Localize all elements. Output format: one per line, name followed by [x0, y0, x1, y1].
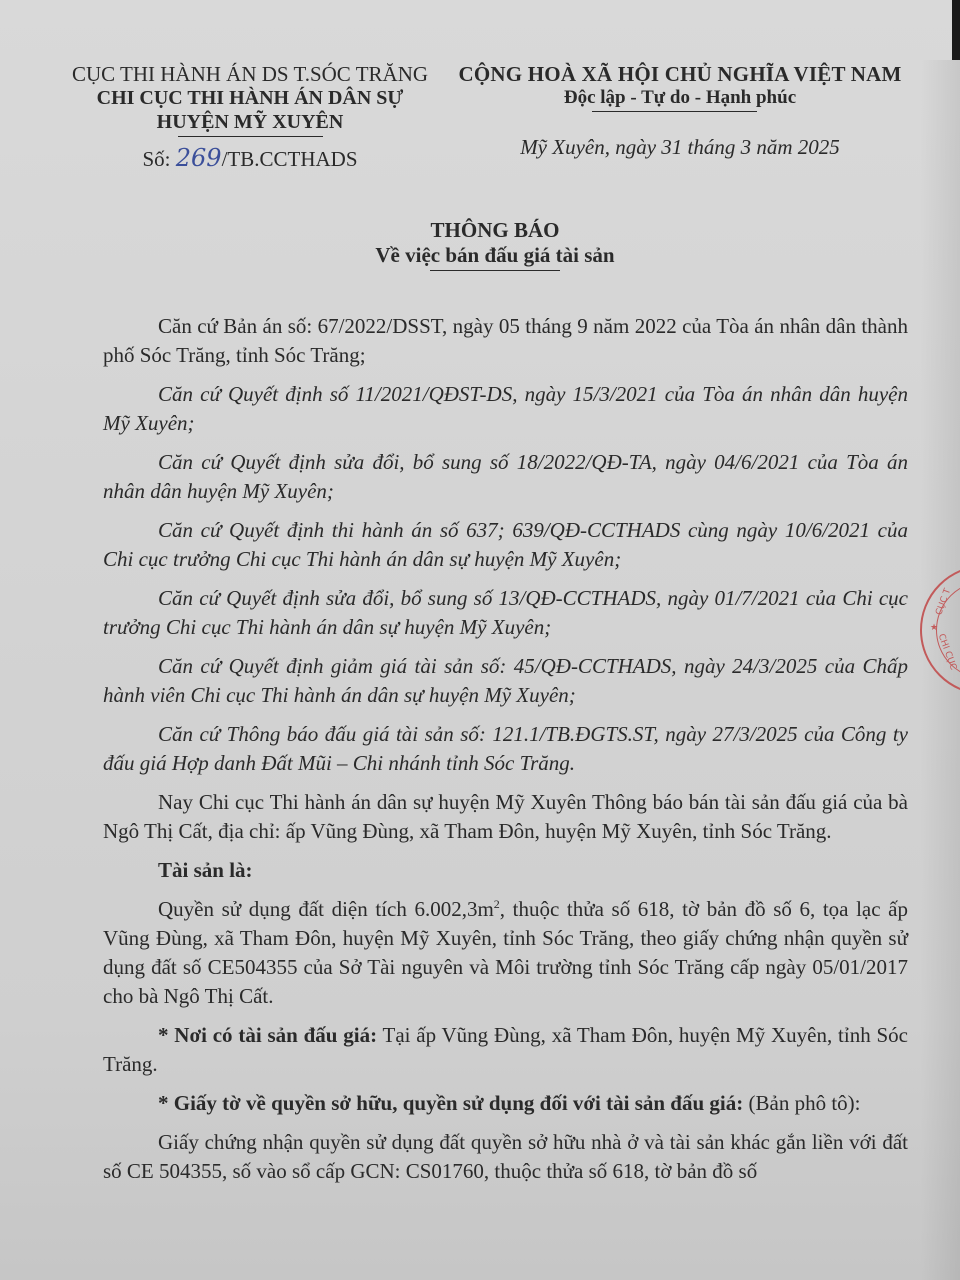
legal-basis-2: Căn cứ Quyết định số 11/2021/QĐST-DS, ng…: [103, 380, 908, 438]
asset-location: * Nơi có tài sản đấu giá: Tại ấp Vũng Đù…: [103, 1021, 908, 1079]
number-suffix: /TB.CCTHADS: [222, 147, 358, 171]
document-title: THÔNG BÁO: [15, 218, 960, 242]
agency-name: CHI CỤC THI HÀNH ÁN DÂN SỰ: [60, 86, 440, 110]
announcement-paragraph: Nay Chi cục Thi hành án dân sự huyện Mỹ …: [103, 788, 908, 846]
document-header: CỤC THI HÀNH ÁN DS T.SÓC TRĂNG CHI CỤC T…: [0, 62, 960, 192]
asset-heading: Tài sản là:: [103, 856, 908, 885]
document-number: Số: 269/TB.CCTHADS: [60, 145, 440, 172]
country-name: CỘNG HOÀ XÃ HỘI CHỦ NGHĨA VIỆT NAM: [445, 62, 915, 86]
legal-basis-6: Căn cứ Quyết định giảm giá tài sản số: 4…: [103, 652, 908, 710]
ownership-papers: * Giấy tờ về quyền sở hữu, quyền sử dụng…: [103, 1089, 908, 1118]
legal-basis-4: Căn cứ Quyết định thi hành án số 637; 63…: [103, 516, 908, 574]
legal-basis-1: Căn cứ Bản án số: 67/2022/DSST, ngày 05 …: [103, 312, 908, 370]
legal-basis-3: Căn cứ Quyết định sửa đổi, bổ sung số 18…: [103, 448, 908, 506]
national-motto: Độc lập - Tự do - Hạnh phúc: [445, 86, 915, 110]
document-subtitle: Về việc bán đấu giá tài sản: [15, 242, 960, 268]
legal-basis-7: Căn cứ Thông báo đấu giá tài sản số: 121…: [103, 720, 908, 778]
document-body: Căn cứ Bản án số: 67/2022/DSST, ngày 05 …: [103, 312, 908, 1196]
ownership-papers-value: (Bản phô tô):: [743, 1091, 860, 1115]
parent-agency: CỤC THI HÀNH ÁN DS T.SÓC TRĂNG: [60, 62, 440, 86]
issuing-agency-block: CỤC THI HÀNH ÁN DS T.SÓC TRĂNG CHI CỤC T…: [60, 62, 440, 172]
page-edge-shadow: [952, 0, 960, 60]
national-header-block: CỘNG HOÀ XÃ HỘI CHỦ NGHĨA VIỆT NAM Độc l…: [445, 62, 915, 160]
asset-desc-part1: Quyền sử dụng đất diện tích 6.002,3m: [158, 897, 494, 921]
place-and-date: Mỹ Xuyên, ngày 31 tháng 3 năm 2025: [445, 134, 915, 160]
certificate-paragraph: Giấy chứng nhận quyền sử dụng đất quyền …: [103, 1128, 908, 1186]
stamp-star-icon: ★: [930, 623, 938, 633]
header-rule-right: [592, 111, 757, 112]
header-rule-left: [178, 136, 323, 137]
legal-basis-5: Căn cứ Quyết định sửa đổi, bổ sung số 13…: [103, 584, 908, 642]
ownership-papers-label: * Giấy tờ về quyền sở hữu, quyền sử dụng…: [158, 1091, 743, 1115]
asset-description: Quyền sử dụng đất diện tích 6.002,3m2, t…: [103, 895, 908, 1011]
number-prefix: Số:: [142, 147, 175, 171]
title-rule: [430, 270, 560, 271]
handwritten-number: 269: [176, 144, 222, 172]
asset-location-label: * Nơi có tài sản đấu giá:: [158, 1023, 377, 1047]
document-title-block: THÔNG BÁO Về việc bán đấu giá tài sản: [0, 218, 960, 271]
agency-district: HUYỆN MỸ XUYÊN: [157, 110, 344, 134]
